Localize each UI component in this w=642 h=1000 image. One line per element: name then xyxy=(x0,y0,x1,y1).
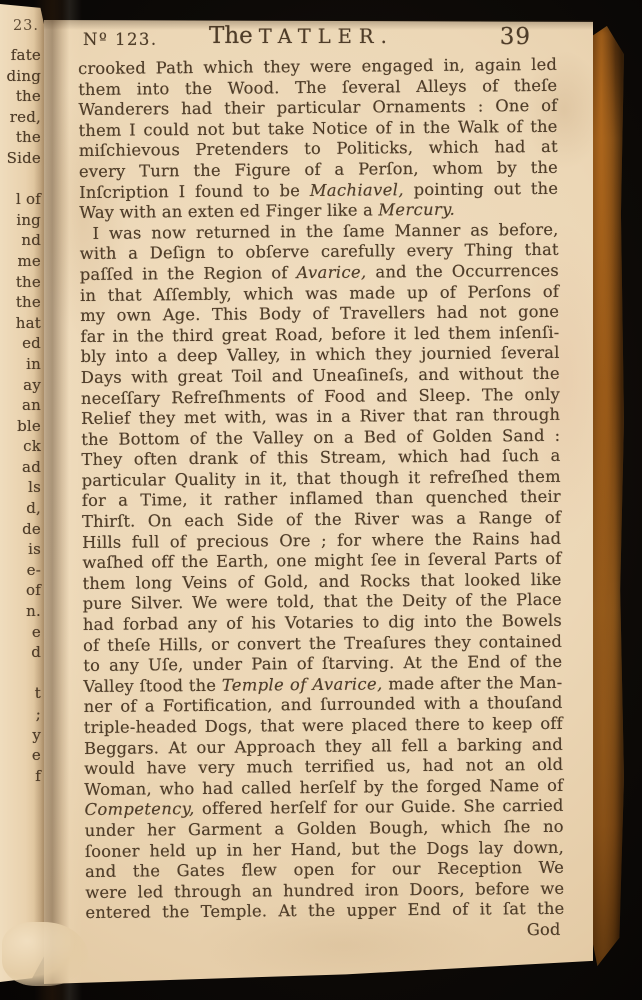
facing-page-fragment: e xyxy=(0,622,46,643)
facing-page-fragment: y xyxy=(0,725,46,746)
facing-page-fragment: ; xyxy=(0,704,46,725)
facing-page-fragment: red, xyxy=(0,107,46,128)
facing-page-fragment: ck xyxy=(0,436,46,457)
facing-page-fragment: f xyxy=(0,766,46,787)
facing-page-fragment xyxy=(0,663,46,684)
facing-page-fragment: d, xyxy=(0,498,46,519)
facing-page-fragment: the xyxy=(0,292,46,313)
page-number: 39 xyxy=(500,24,531,50)
book-page: Nº 123. TheTATLER. 39 crooked Path which… xyxy=(44,20,593,984)
facing-page-fragment: ed xyxy=(0,333,46,354)
facing-page-fragment: of xyxy=(0,580,46,601)
issue-number: Nº 123. xyxy=(83,30,158,49)
facing-page-fragment: an xyxy=(0,395,46,416)
facing-page-fragment: me xyxy=(0,251,46,272)
page-title: TheTATLER. xyxy=(209,23,394,49)
facing-page-fragment: n. xyxy=(0,601,46,622)
facing-page-fragment: ding xyxy=(0,66,46,87)
facing-page-fragment: ad xyxy=(0,457,46,478)
facing-page-fragment: e xyxy=(0,745,46,766)
facing-page-fragment: ble xyxy=(0,416,46,437)
facing-page-fragment: ls xyxy=(0,477,46,498)
facing-page-fragment: in xyxy=(0,354,46,375)
photo-scene: 23. fatedingthered,theSidel ofingndmethe… xyxy=(0,0,642,1000)
facing-page-fragment: ay xyxy=(0,375,46,396)
facing-page-number-fragment: 23. xyxy=(0,4,46,34)
text-line: Inſcription I found to be Machiavel, poi… xyxy=(79,178,558,203)
facing-page-fragments: fatedingthered,theSidel ofingndmethetheh… xyxy=(0,45,46,786)
facing-page-fragment: de xyxy=(0,519,46,540)
text-line: entered the Temple. At the upper End of … xyxy=(85,899,564,924)
facing-page-fragment: hat xyxy=(0,313,46,334)
facing-page-fragment: is xyxy=(0,539,46,560)
facing-page-fragment: the xyxy=(0,86,46,107)
catchword: God xyxy=(86,920,565,945)
facing-page-fragment: nd xyxy=(0,230,46,251)
title-the: The xyxy=(209,23,253,49)
page-header: Nº 123. TheTATLER. 39 xyxy=(44,20,593,60)
facing-page-fragment: t xyxy=(0,683,46,704)
facing-page-fragment: ing xyxy=(0,210,46,231)
facing-page-fragment: fate xyxy=(0,45,46,66)
facing-page-edge: 23. fatedingthered,theSidel ofingndmethe… xyxy=(0,4,46,982)
facing-page-fragment: l of xyxy=(0,189,46,210)
facing-page-fragment: the xyxy=(0,127,46,148)
facing-page-fragment xyxy=(0,169,46,190)
facing-page-fragment: e- xyxy=(0,560,46,581)
title-main: TATLER. xyxy=(259,25,394,48)
facing-page-fragment: the xyxy=(0,272,46,293)
facing-page-fragment: d xyxy=(0,642,46,663)
text-block: crooked Path which they were engaged in,… xyxy=(78,55,565,945)
facing-page-fragment: Side xyxy=(0,148,46,169)
